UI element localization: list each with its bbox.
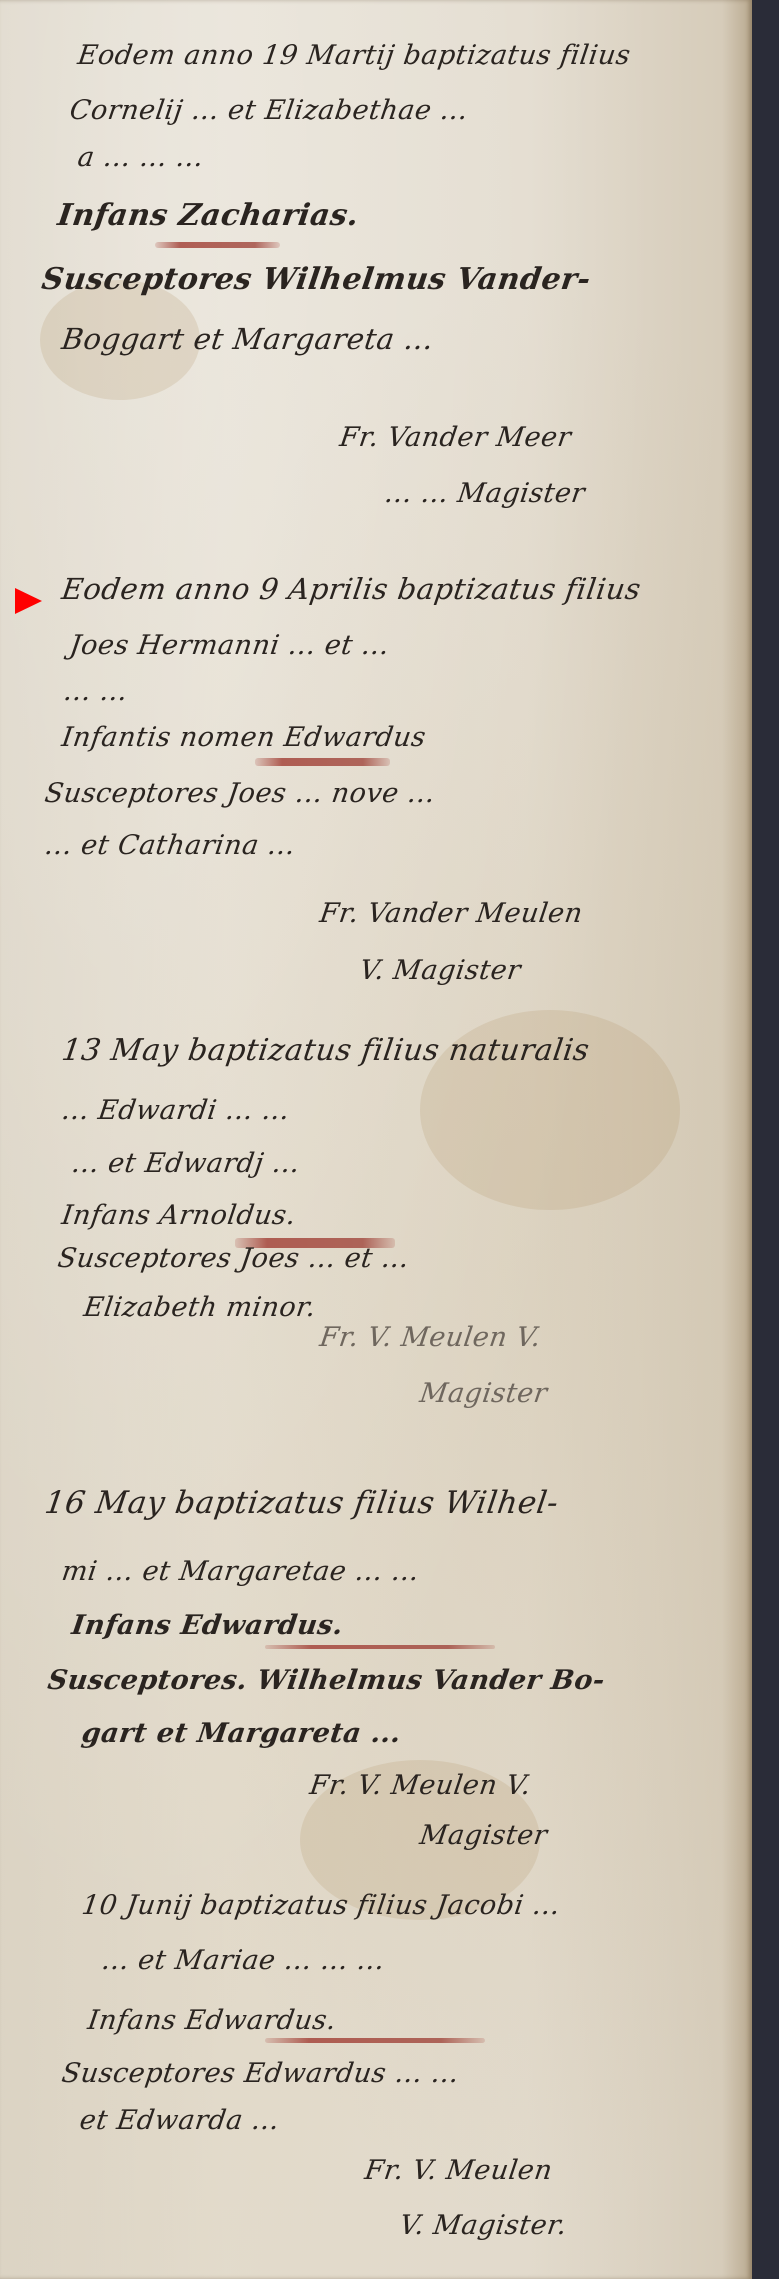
- signature-line: Magister: [418, 1820, 550, 1851]
- sponsors-line: Susceptores. Wilhelmus Vander Bo-: [46, 1665, 607, 1696]
- signature-line: Fr. Vander Meer: [338, 422, 573, 453]
- entry-line: ... et Edwardj ...: [70, 1148, 302, 1179]
- manuscript-page: Eodem anno 19 Martij baptizatus filius C…: [0, 0, 752, 2279]
- sponsors-line: Boggart et Margareta ...: [60, 322, 436, 356]
- red-underline: [265, 1645, 495, 1649]
- entry-line: 16 May baptizatus filius Wilhel-: [42, 1485, 560, 1521]
- entry-line: ... ...: [62, 676, 130, 707]
- red-underline: [255, 758, 390, 766]
- entry-line: mi ... et Margaretae ... ...: [60, 1556, 421, 1587]
- signature-line: ... ... Magister: [383, 478, 587, 509]
- infant-name-line: Infans Zacharias.: [56, 198, 362, 233]
- red-underline: [265, 2038, 485, 2043]
- sponsors-line: Susceptores Edwardus ... ...: [60, 2058, 461, 2089]
- sponsors-line: Susceptores Joes ... nove ...: [43, 778, 437, 809]
- sponsors-line: gart et Margareta ...: [80, 1718, 403, 1749]
- signature-line: V. Magister: [358, 955, 523, 986]
- entry-line: ... et Mariae ... ... ...: [100, 1945, 387, 1976]
- signature-line: V. Magister.: [398, 2210, 569, 2241]
- red-triangle-marker-icon: [15, 588, 42, 614]
- infant-name-line: Infans Edwardus.: [70, 1610, 345, 1641]
- signature-line: Magister: [418, 1378, 550, 1409]
- book-edge: [752, 0, 779, 2279]
- entry-line: Joes Hermanni ... et ...: [68, 630, 391, 661]
- signature-line: Fr. Vander Meulen: [318, 898, 585, 929]
- signature-line: Fr. V. Meulen: [363, 2155, 555, 2186]
- sponsors-line: Susceptores Joes ... et ...: [56, 1243, 411, 1274]
- entry-line: Cornelij ... et Elizabethae ...: [68, 95, 470, 126]
- sponsors-line: et Edwarda ...: [78, 2105, 282, 2136]
- infant-name-line: Infans Edwardus.: [86, 2005, 339, 2036]
- infant-name-line: Infans Arnoldus.: [60, 1200, 298, 1231]
- red-underline: [155, 242, 280, 248]
- sponsors-line: ... et Catharina ...: [43, 830, 298, 861]
- sponsors-line: Susceptores Wilhelmus Vander-: [40, 262, 593, 297]
- entry-line: 10 Junij baptizatus filius Jacobi ...: [80, 1890, 562, 1921]
- entry-line: Eodem anno 19 Martij baptizatus filius: [76, 40, 633, 71]
- entry-line: 13 May baptizatus filius naturalis: [60, 1033, 592, 1068]
- sponsors-line: Elizabeth minor.: [82, 1292, 318, 1323]
- infant-name-line: Infantis nomen Edwardus: [60, 722, 428, 753]
- signature-line: Fr. V. Meulen V.: [318, 1322, 543, 1353]
- entry-line: Eodem anno 9 Aprilis baptizatus filius: [60, 572, 644, 606]
- entry-line: ... Edwardi ... ...: [60, 1095, 292, 1126]
- entry-line: a ... ... ...: [76, 142, 206, 173]
- signature-line: Fr. V. Meulen V.: [308, 1770, 533, 1801]
